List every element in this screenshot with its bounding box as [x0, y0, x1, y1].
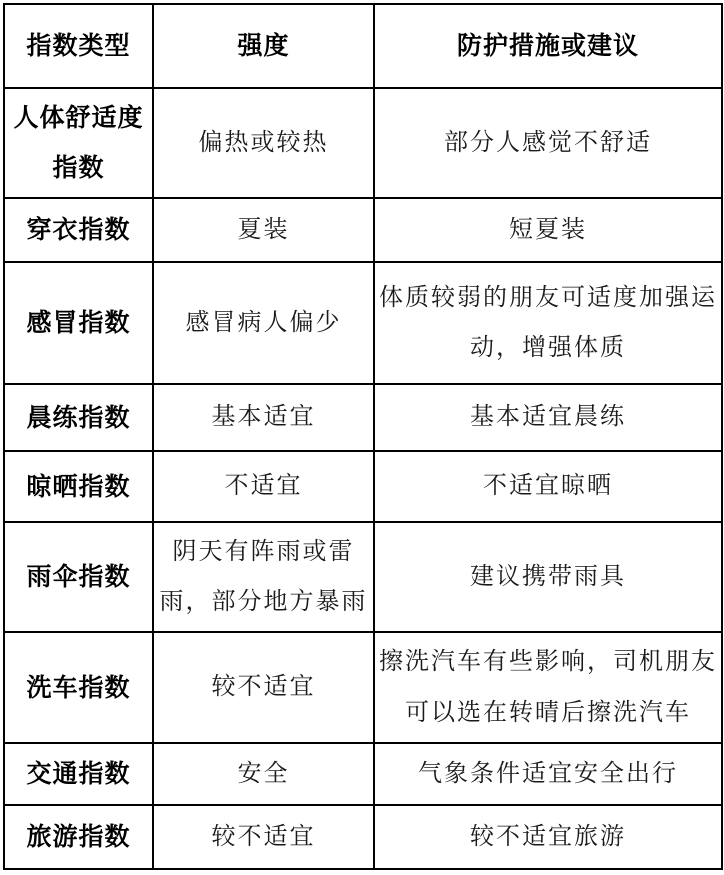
cell-strength: 较不适宜: [153, 805, 374, 869]
cell-advice: 体质较弱的朋友可适度加强运动，增强体质: [374, 262, 722, 384]
cell-strength: 不适宜: [153, 451, 374, 522]
cell-index-type: 人体舒适度指数: [4, 88, 153, 198]
table-row: 感冒指数 感冒病人偏少 体质较弱的朋友可适度加强运动，增强体质: [4, 262, 722, 384]
table-row: 穿衣指数 夏装 短夏装: [4, 198, 722, 262]
cell-strength: 感冒病人偏少: [153, 262, 374, 384]
cell-advice: 较不适宜旅游: [374, 805, 722, 869]
cell-strength: 基本适宜: [153, 384, 374, 451]
cell-index-type: 感冒指数: [4, 262, 153, 384]
table-row: 旅游指数 较不适宜 较不适宜旅游: [4, 805, 722, 869]
cell-index-type: 雨伞指数: [4, 522, 153, 632]
cell-advice: 建议携带雨具: [374, 522, 722, 632]
cell-strength: 阴天有阵雨或雷雨，部分地方暴雨: [153, 522, 374, 632]
table-row: 晾晒指数 不适宜 不适宜晾晒: [4, 451, 722, 522]
table-row: 雨伞指数 阴天有阵雨或雷雨，部分地方暴雨 建议携带雨具: [4, 522, 722, 632]
table-row: 洗车指数 较不适宜 擦洗汽车有些影响，司机朋友可以选在转晴后擦洗汽车: [4, 632, 722, 743]
cell-advice: 气象条件适宜安全出行: [374, 743, 722, 805]
table-row: 晨练指数 基本适宜 基本适宜晨练: [4, 384, 722, 451]
cell-index-type: 洗车指数: [4, 632, 153, 743]
cell-strength: 较不适宜: [153, 632, 374, 743]
cell-index-type: 旅游指数: [4, 805, 153, 869]
cell-strength: 偏热或较热: [153, 88, 374, 198]
header-cell-index-type: 指数类型: [4, 4, 153, 88]
cell-strength: 夏装: [153, 198, 374, 262]
cell-strength: 安全: [153, 743, 374, 805]
cell-advice: 部分人感觉不舒适: [374, 88, 722, 198]
cell-advice: 短夏装: [374, 198, 722, 262]
cell-advice: 基本适宜晨练: [374, 384, 722, 451]
table-row: 人体舒适度指数 偏热或较热 部分人感觉不舒适: [4, 88, 722, 198]
header-cell-strength: 强度: [153, 4, 374, 88]
cell-advice: 擦洗汽车有些影响，司机朋友可以选在转晴后擦洗汽车: [374, 632, 722, 743]
table-header-row: 指数类型 强度 防护措施或建议: [4, 4, 722, 88]
cell-index-type: 晨练指数: [4, 384, 153, 451]
cell-advice: 不适宜晾晒: [374, 451, 722, 522]
header-cell-advice: 防护措施或建议: [374, 4, 722, 88]
weather-index-table: 指数类型 强度 防护措施或建议 人体舒适度指数 偏热或较热 部分人感觉不舒适 穿…: [3, 3, 723, 870]
cell-index-type: 晾晒指数: [4, 451, 153, 522]
cell-index-type: 穿衣指数: [4, 198, 153, 262]
cell-index-type: 交通指数: [4, 743, 153, 805]
table-row: 交通指数 安全 气象条件适宜安全出行: [4, 743, 722, 805]
